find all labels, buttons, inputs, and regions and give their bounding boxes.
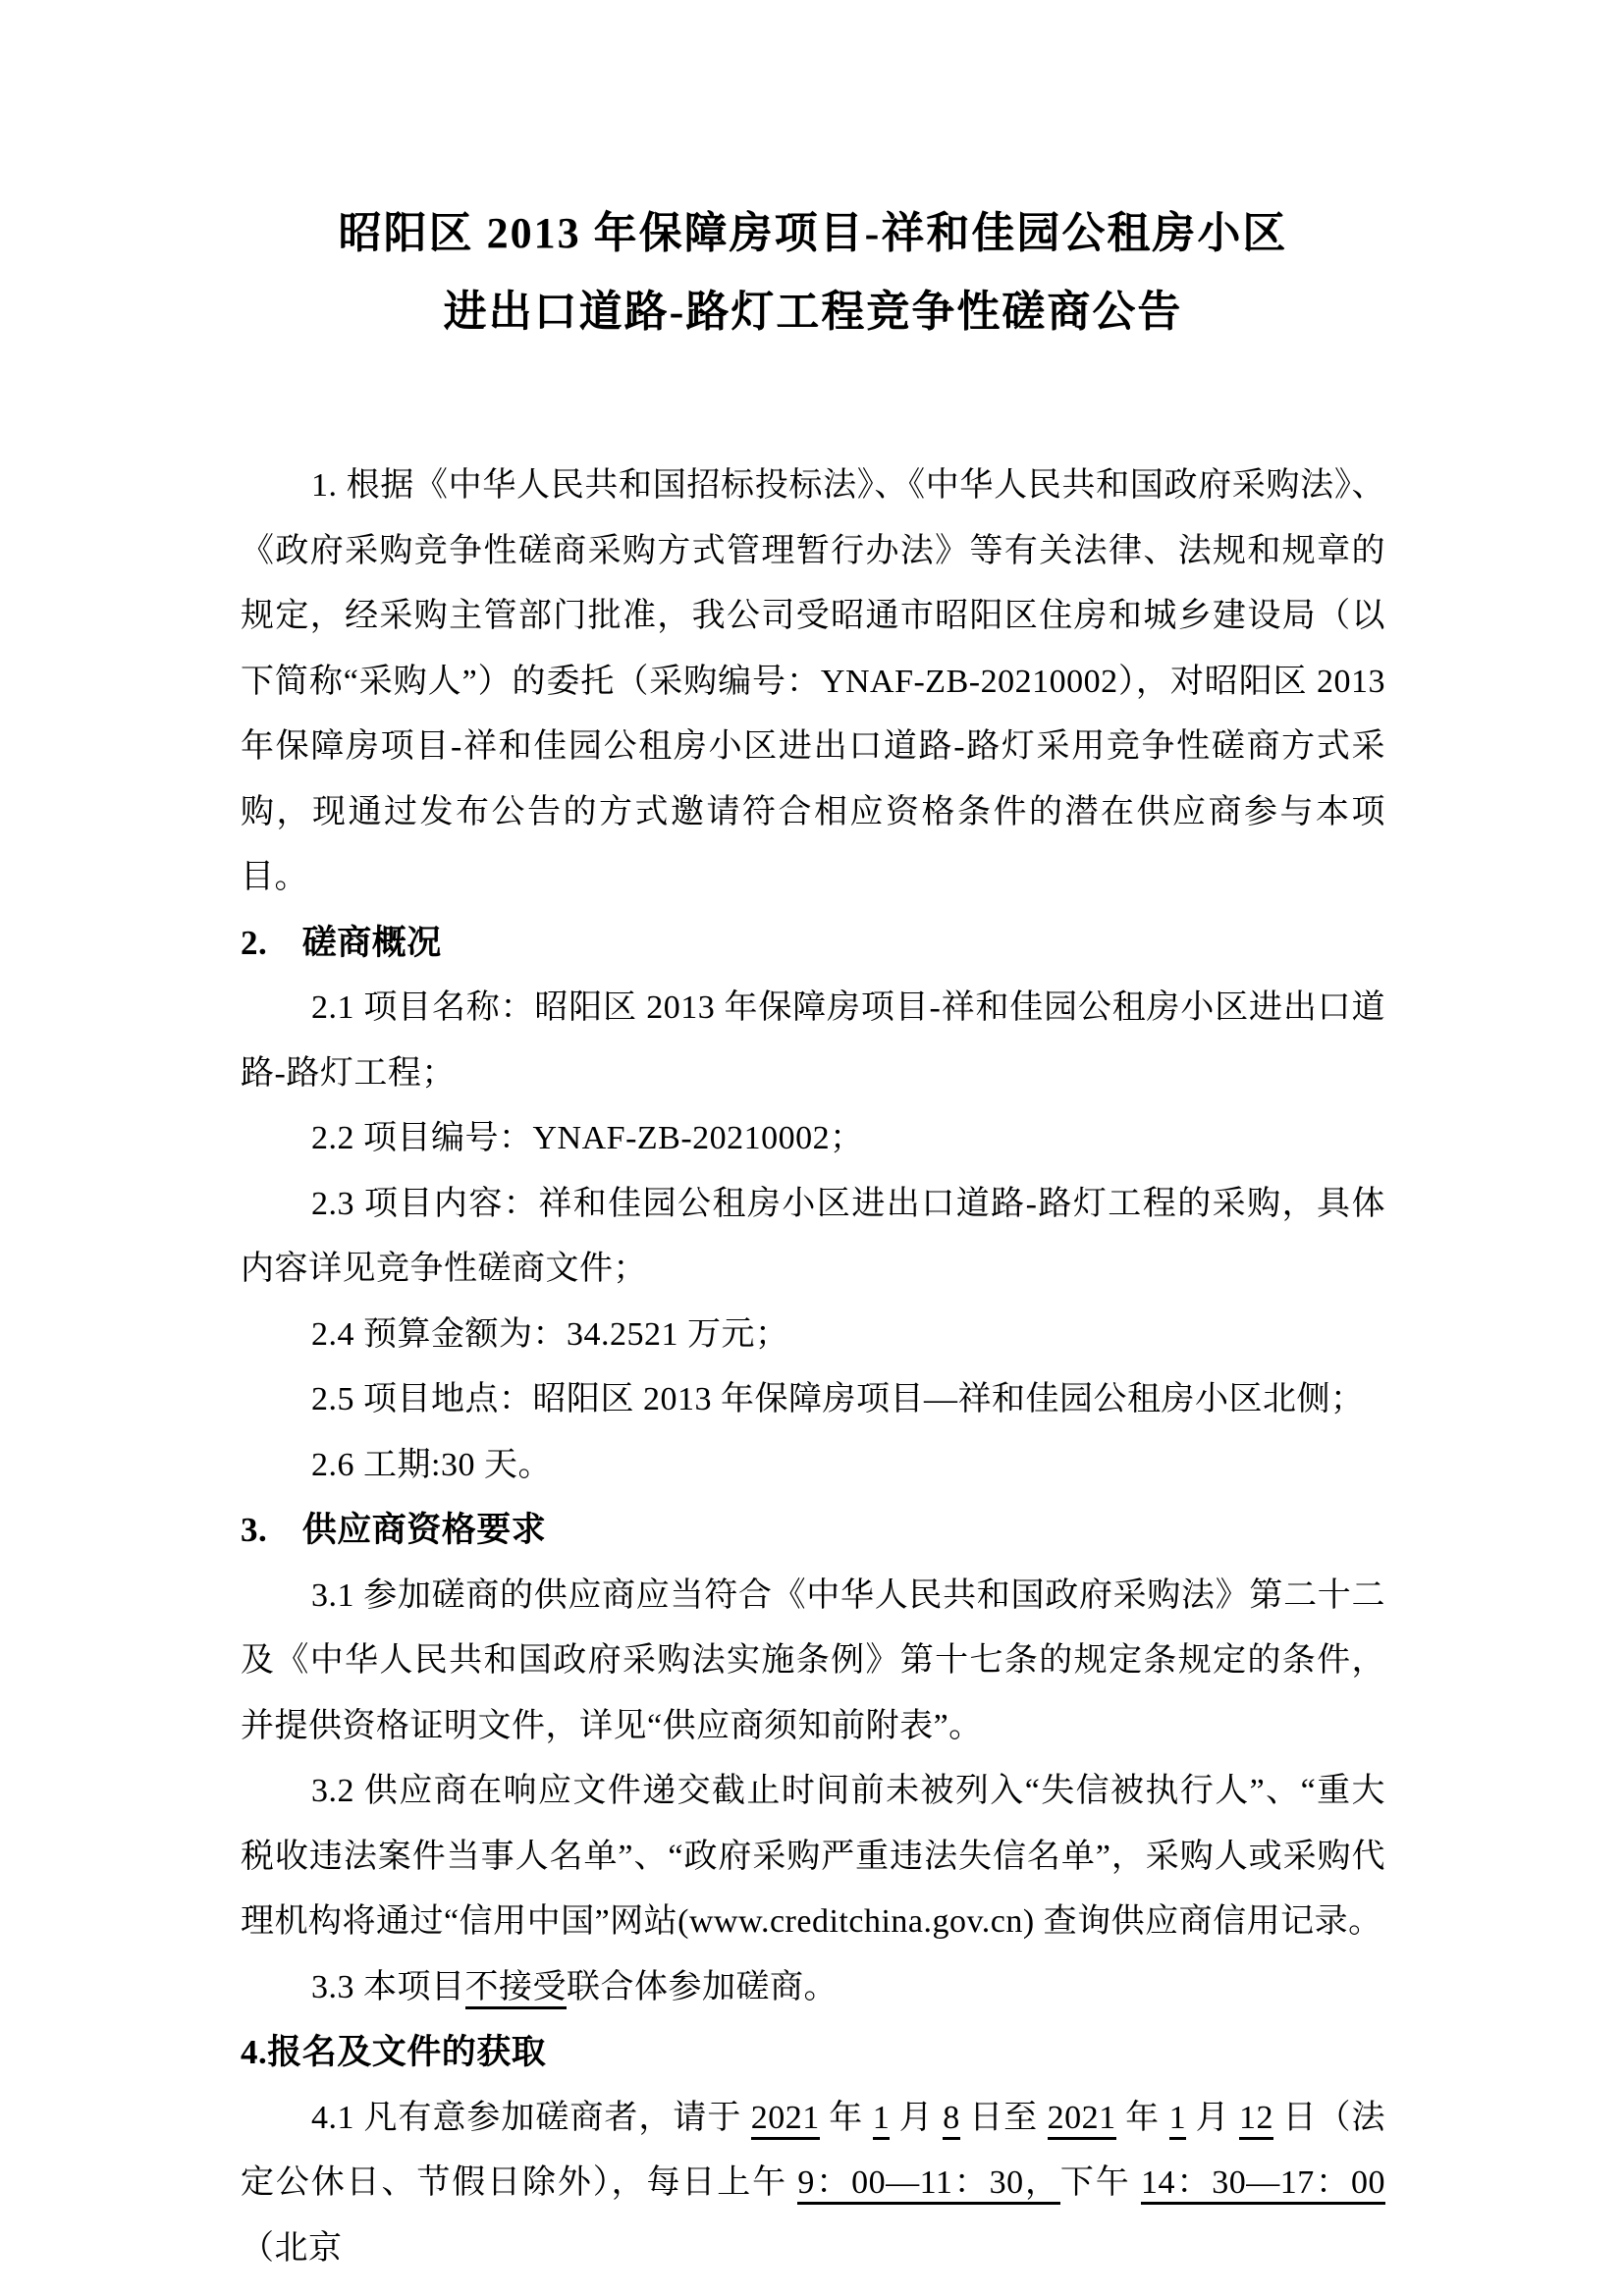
text-run: 4.1 凡有意参加磋商者，请于 [311, 2100, 751, 2136]
paragraph-2-3-project-content: 2.3 项目内容：祥和佳园公租房小区进出口道路-路灯工程的采购，具体内容详见竞争… [241, 1172, 1385, 1303]
section-2-heading: 2. 磋商概况 [241, 911, 1385, 977]
text-run: （北京 [241, 2230, 343, 2267]
paragraph-3-1-qualification: 3.1 参加磋商的供应商应当符合《中华人民共和国政府采购法》第二十二及《中华人民… [241, 1564, 1385, 1760]
underlined-date-day: 8 [943, 2100, 960, 2140]
text-run: 月 [1186, 2100, 1239, 2136]
text-run: 下午 [1060, 2164, 1141, 2201]
paragraph-2-2-project-number: 2.2 项目编号：YNAF-ZB-20210002； [241, 1106, 1385, 1172]
text-run: 月 [890, 2100, 943, 2136]
paragraph-2-4-budget: 2.4 预算金额为：34.2521 万元； [241, 1303, 1385, 1368]
section-4-heading: 4.报名及文件的获取 [241, 2020, 1385, 2086]
text-run: 年 [1116, 2100, 1169, 2136]
title-line-1: 昭阳区 2013 年保障房项目-祥和佳园公租房小区 [241, 194, 1385, 273]
underlined-time-afternoon: 14：30—17：00 [1141, 2164, 1385, 2205]
paragraph-3-2-credit-check: 3.2 供应商在响应文件递交截止时间前未被列入“失信被执行人”、“重大税收违法案… [241, 1759, 1385, 1955]
underlined-date-day: 12 [1239, 2100, 1273, 2140]
title-line-2: 进出口道路-路灯工程竞争性磋商公告 [241, 273, 1385, 351]
section-3-heading: 3. 供应商资格要求 [241, 1498, 1385, 1564]
text-run: 联合体参加磋商。 [567, 1969, 838, 2005]
text-run: 年 [820, 2100, 873, 2136]
document-content: 昭阳区 2013 年保障房项目-祥和佳园公租房小区 进出口道路-路灯工程竞争性磋… [241, 194, 1385, 2281]
paragraph-2-6-duration: 2.6 工期:30 天。 [241, 1433, 1385, 1499]
paragraph-1-legal-basis: 1. 根据《中华人民共和国招标投标法》、《中华人民共和国政府采购法》、《政府采购… [241, 454, 1385, 911]
paragraph-2-5-location: 2.5 项目地点：昭阳区 2013 年保障房项目—祥和佳园公租房小区北侧； [241, 1367, 1385, 1433]
document-page: 昭阳区 2013 年保障房项目-祥和佳园公租房小区 进出口道路-路灯工程竞争性磋… [0, 0, 1624, 2296]
underlined-time-morning: 9：00—11：30， [797, 2164, 1060, 2205]
text-run: 3.3 本项目 [311, 1969, 465, 2005]
underlined-text: 不接受 [465, 1969, 568, 2009]
paragraph-4-1-registration: 4.1 凡有意参加磋商者，请于 2021 年 1 月 8 日至 2021 年 1… [241, 2086, 1385, 2282]
text-run: 日至 [960, 2100, 1048, 2136]
document-title: 昭阳区 2013 年保障房项目-祥和佳园公租房小区 进出口道路-路灯工程竞争性磋… [241, 194, 1385, 351]
paragraph-2-1-project-name: 2.1 项目名称：昭阳区 2013 年保障房项目-祥和佳园公租房小区进出口道路-… [241, 976, 1385, 1106]
document-body: 1. 根据《中华人民共和国招标投标法》、《中华人民共和国政府采购法》、《政府采购… [241, 454, 1385, 2281]
underlined-date-month: 1 [1169, 2100, 1187, 2140]
paragraph-3-3-no-consortium: 3.3 本项目不接受联合体参加磋商。 [241, 1955, 1385, 2021]
underlined-date-year: 2021 [751, 2100, 820, 2140]
underlined-date-month: 1 [873, 2100, 891, 2140]
underlined-date-year: 2021 [1048, 2100, 1116, 2140]
